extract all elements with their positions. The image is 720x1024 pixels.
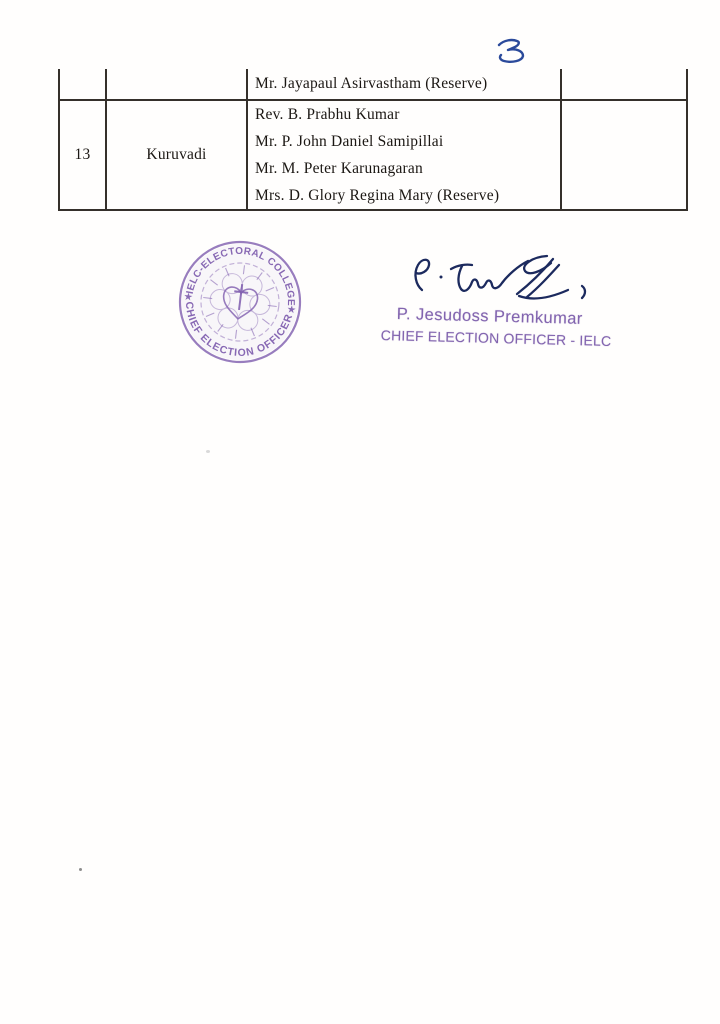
member-name: Mr. M. Peter Karunagaran: [248, 155, 560, 182]
chief-election-officer-signature: [392, 250, 602, 306]
signature-strokes: [415, 256, 585, 298]
remarks-cell: [560, 69, 688, 99]
members-cell: Rev. B. Prabhu Kumar Mr. P. John Daniel …: [246, 101, 560, 209]
electoral-members-table: Mr. Jayapaul Asirvastham (Reserve) 13 Ku…: [58, 69, 688, 211]
member-name: Mr. P. John Daniel Samipillai: [248, 128, 560, 155]
stamped-officer-title: CHIEF ELECTION OFFICER - IELC: [381, 327, 612, 349]
electoral-college-seal: IELC-ELECTORAL COLLEGE CHIEF ELECTION OF…: [175, 237, 305, 367]
sno-cell: 13: [58, 101, 105, 209]
scan-speck: [79, 868, 82, 871]
member-name: Rev. B. Prabhu Kumar: [248, 101, 560, 128]
member-name: Mrs. D. Glory Regina Mary (Reserve): [248, 182, 560, 209]
place-cell: [105, 69, 246, 99]
place-cell: Kuruvadi: [105, 101, 246, 209]
document-page: Mr. Jayapaul Asirvastham (Reserve) 13 Ku…: [0, 0, 720, 1024]
sno-cell: [58, 69, 105, 99]
table-row: Mr. Jayapaul Asirvastham (Reserve): [58, 69, 688, 101]
scan-speck: [206, 450, 210, 453]
handwritten-three-stroke: [499, 40, 523, 62]
member-name: Mr. Jayapaul Asirvastham (Reserve): [248, 69, 560, 99]
table-row: 13 Kuruvadi Rev. B. Prabhu Kumar Mr. P. …: [58, 101, 688, 211]
stamped-officer-name: P. Jesudoss Premkumar: [397, 305, 583, 329]
remarks-cell: [560, 101, 688, 209]
members-cell: Mr. Jayapaul Asirvastham (Reserve): [246, 69, 560, 99]
handwritten-page-number: [495, 36, 525, 64]
